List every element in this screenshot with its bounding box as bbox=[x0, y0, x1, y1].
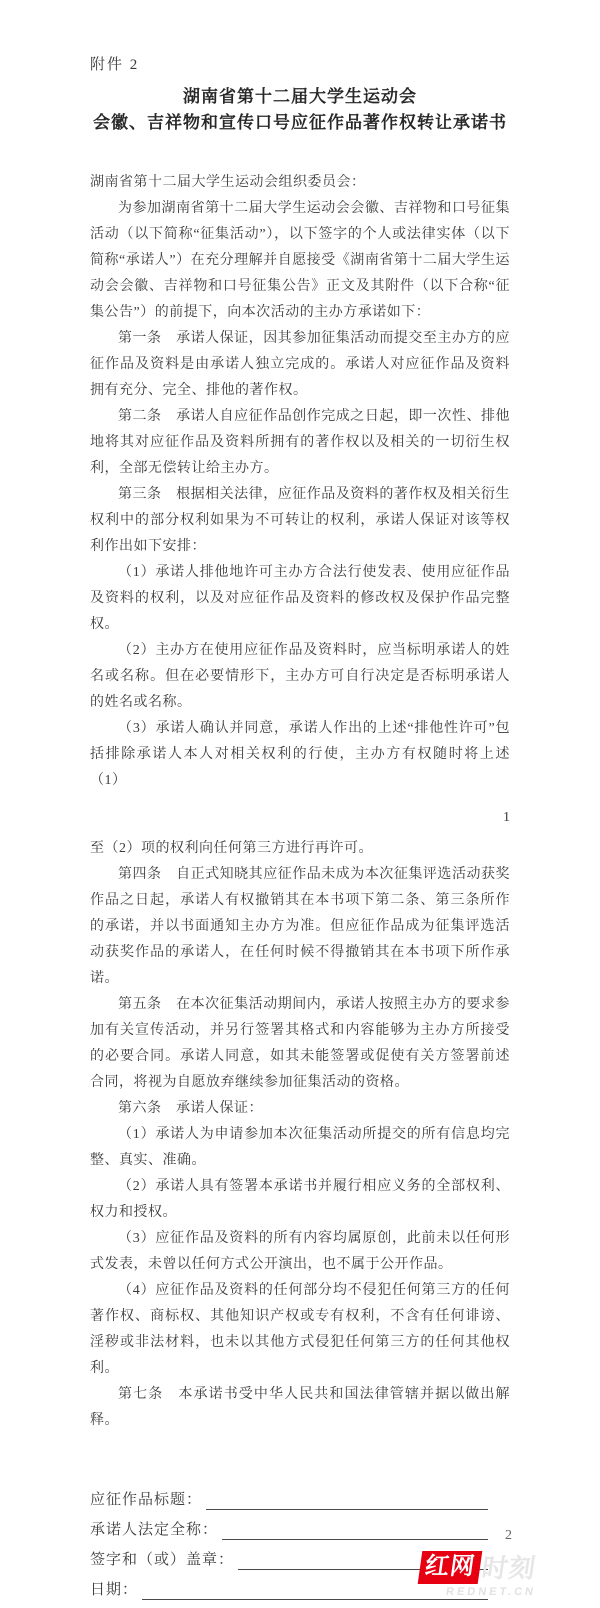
paragraph: （3）应征作品及资料的所有内容均属原创，此前未以任何形式发表，未曾以任何方式公开… bbox=[90, 1226, 510, 1278]
paragraph: （2）承诺人具有签署本承诺书并履行相应义务的全部权利、权力和授权。 bbox=[90, 1174, 510, 1226]
signature-blank-line bbox=[222, 1521, 488, 1540]
page-number-1: 1 bbox=[90, 806, 510, 830]
page-number-2: 2 bbox=[505, 1528, 512, 1544]
salutation: 湖南省第十二届大学生运动会组织委员会： bbox=[90, 170, 510, 196]
paragraph: 第五条 在本次征集活动期间内，承诺人按照主办方的要求参加有关宣传活动，并另行签署… bbox=[90, 992, 510, 1096]
signature-label: 承诺人法定全称： bbox=[90, 1520, 218, 1540]
paragraph: （1）承诺人排他地许可主办方合法行使发表、使用应征作品及资料的权利，以及对应征作… bbox=[90, 560, 510, 638]
paragraph: 第七条 本承诺书受中华人民共和国法律管辖并据以做出解释。 bbox=[90, 1382, 510, 1434]
signature-label: 签字和（或）盖章： bbox=[90, 1550, 234, 1570]
document-title-line1: 湖南省第十二届大学生运动会 bbox=[90, 84, 510, 110]
rednet-logo-subtitle: REDNET.CN bbox=[445, 1587, 597, 1598]
signature-label: 日期： bbox=[90, 1580, 138, 1600]
rednet-logo-row: 红网 时刻 bbox=[420, 1551, 596, 1584]
signature-label: 应征作品标题： bbox=[90, 1490, 202, 1510]
paragraph: 第三条 根据相关法律，应征作品及资料的著作权及相关衍生权利中的部分权利如果为不可… bbox=[90, 482, 510, 560]
document-title-line2: 会徽、吉祥物和宣传口号应征作品著作权转让承诺书 bbox=[90, 110, 510, 136]
page2-body: 至（2）项的权利向任何第三方进行再许可。 第四条 自正式知晓其应征作品未成为本次… bbox=[90, 836, 510, 1434]
paragraph: （4）应征作品及资料的任何部分均不侵犯任何第三方的任何著作权、商标权、其他知识产… bbox=[90, 1278, 510, 1382]
paragraph: （1）承诺人为申请参加本次征集活动所提交的所有信息均完整、真实、准确。 bbox=[90, 1122, 510, 1174]
paragraph: 为参加湖南省第十二届大学生运动会会徽、吉祥物和口号征集活动（以下简称“征集活动”… bbox=[90, 196, 510, 326]
paragraph: 第二条 承诺人自应征作品创作完成之日起，即一次性、排他地将其对应征作品及资料所拥… bbox=[90, 404, 510, 482]
paragraph: 第六条 承诺人保证： bbox=[90, 1096, 510, 1122]
rednet-logo-gray-text: 时刻 bbox=[480, 1555, 538, 1581]
rednet-logo-red-box: 红网 bbox=[418, 1551, 483, 1584]
page1-body: 为参加湖南省第十二届大学生运动会会徽、吉祥物和口号征集活动（以下简称“征集活动”… bbox=[90, 196, 510, 794]
paragraph: 第一条 承诺人保证，因其参加征集活动而提交至主办方的应征作品及资料是由承诺人独立… bbox=[90, 326, 510, 404]
document-page: 附件 2 湖南省第十二届大学生运动会 会徽、吉祥物和宣传口号应征作品著作权转让承… bbox=[0, 0, 600, 1608]
document-title: 湖南省第十二届大学生运动会 会徽、吉祥物和宣传口号应征作品著作权转让承诺书 bbox=[90, 84, 510, 136]
paragraph: 第四条 自正式知晓其应征作品未成为本次征集评选活动获奖作品之日起，承诺人有权撤销… bbox=[90, 862, 510, 992]
rednet-watermark-logo: 红网 时刻 REDNET.CN bbox=[420, 1551, 596, 1598]
signature-row-work-title: 应征作品标题： bbox=[90, 1488, 488, 1510]
signature-blank-line bbox=[206, 1491, 488, 1510]
paragraph: （3）承诺人确认并同意，承诺人作出的上述“排他性许可”包括排除承诺人本人对相关权… bbox=[90, 716, 510, 794]
paragraph: （2）主办方在使用应征作品及资料时，应当标明承诺人的姓名或名称。但在必要情形下，… bbox=[90, 638, 510, 716]
attachment-label: 附件 2 bbox=[90, 54, 510, 76]
paragraph: 至（2）项的权利向任何第三方进行再许可。 bbox=[90, 836, 510, 862]
signature-row-legal-name: 承诺人法定全称： bbox=[90, 1518, 488, 1540]
